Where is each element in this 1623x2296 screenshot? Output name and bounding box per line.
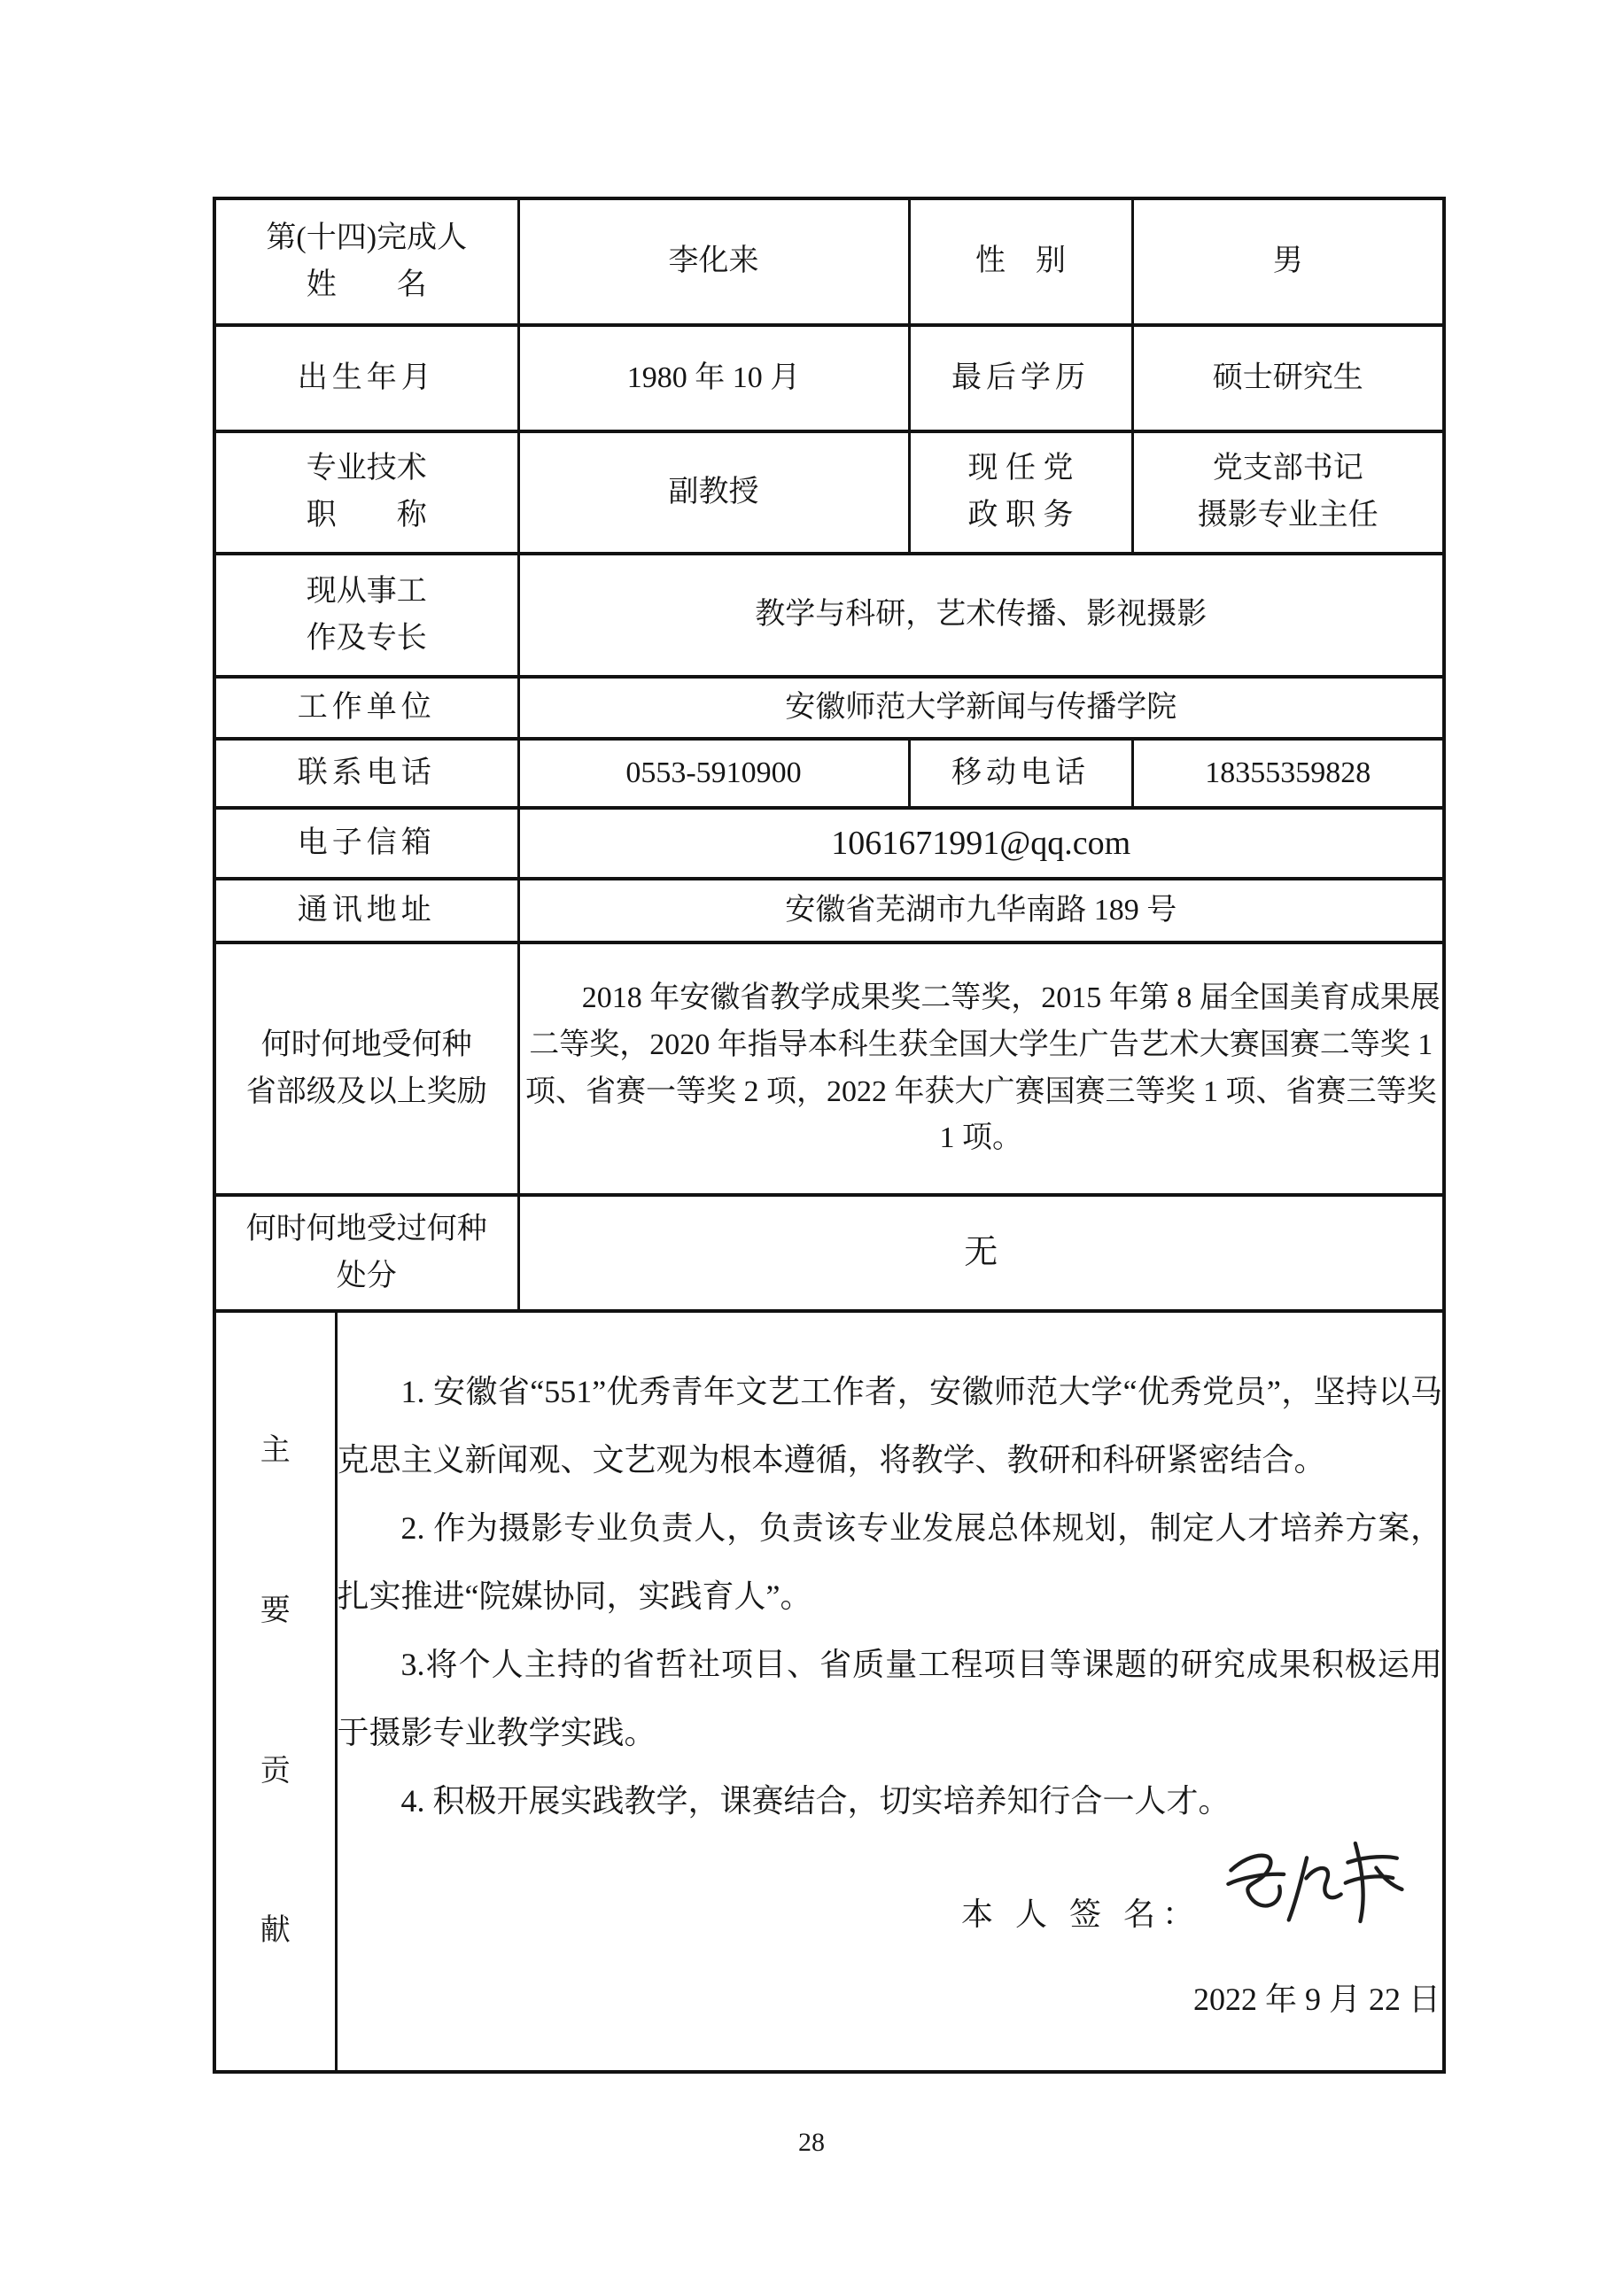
mobile-value: 18355359828 — [1132, 739, 1444, 808]
name-label-cell: 第(十四)完成人 姓 名 — [214, 198, 518, 325]
main-contribution-label-cell: 主 要 贡 献 — [214, 1311, 336, 2072]
email-label: 电子信箱 — [214, 808, 518, 879]
awards-label-cell: 何时何地受何种 省部级及以上奖励 — [214, 942, 518, 1195]
table-row: 第(十四)完成人 姓 名 李化来 性 别 男 — [214, 198, 1444, 325]
contribution-paragraph-4: 4. 积极开展实践教学，课赛结合，切实培养知行合一人才。 — [338, 1767, 1443, 1835]
party-duty-value-line2: 摄影专业主任 — [1134, 493, 1443, 539]
awards-label-line2: 省部级及以上奖励 — [216, 1069, 517, 1116]
address-value: 安徽省芜湖市九华南路 189 号 — [518, 879, 1444, 942]
label-char: 贡 — [260, 1749, 291, 1796]
punishment-label-line1: 何时何地受过何种 — [216, 1206, 517, 1253]
title-label-cell: 专业技术 职 称 — [214, 431, 518, 554]
punishment-label-cell: 何时何地受过何种 处分 — [214, 1195, 518, 1311]
current-work-label-cell: 现从事工 作及专长 — [214, 554, 518, 677]
table-row: 现从事工 作及专长 教学与科研，艺术传播、影视摄影 — [214, 554, 1444, 677]
current-work-value: 教学与科研，艺术传播、影视摄影 — [518, 554, 1444, 677]
table-row: 何时何地受何种 省部级及以上奖励 2018 年安徽省教学成果奖二等奖，2015 … — [214, 942, 1444, 1195]
main-contribution-label: 主 要 贡 献 — [216, 1428, 335, 1955]
table-row: 出生年月 1980 年 10 月 最后学历 硕士研究生 — [214, 325, 1444, 431]
label-char: 主 — [260, 1428, 291, 1475]
birthdate-label: 出生年月 — [214, 325, 518, 431]
punishment-value: 无 — [518, 1195, 1444, 1311]
contribution-paragraph-3: 3.将个人主持的省哲社项目、省质量工程项目等课题的研究成果积极运用于摄影专业教学… — [338, 1631, 1443, 1767]
awards-label-line1: 何时何地受何种 — [216, 1022, 517, 1069]
personnel-info-table: 第(十四)完成人 姓 名 李化来 性 别 男 出生年月 1980 年 10 月 … — [213, 197, 1446, 2074]
employer-label: 工作单位 — [214, 677, 518, 739]
party-duty-label-cell: 现 任 党 政 职 务 — [909, 431, 1132, 554]
contribution-paragraph-1: 1. 安徽省“551”优秀青年文艺工作者，安徽师范大学“优秀党员”，坚持以马克思… — [338, 1358, 1443, 1494]
address-label: 通讯地址 — [214, 879, 518, 942]
signature-date: 2022 年 9 月 22 日 — [338, 1975, 1441, 2025]
party-duty-value-cell: 党支部书记 摄影专业主任 — [1132, 431, 1444, 554]
birthdate-value: 1980 年 10 月 — [518, 325, 909, 431]
punishment-label-line2: 处分 — [216, 1253, 517, 1300]
name-label: 姓 名 — [216, 262, 517, 309]
page-number: 28 — [0, 2128, 1623, 2158]
signature-row: 本 人 签 名： — [338, 1844, 1411, 1952]
document-page: 第(十四)完成人 姓 名 李化来 性 别 男 出生年月 1980 年 10 月 … — [0, 0, 1623, 2296]
education-value: 硕士研究生 — [1132, 325, 1444, 431]
phone-value: 0553-5910900 — [518, 739, 909, 808]
completer-label: 第(十四)完成人 — [216, 215, 517, 262]
title-label-line1: 专业技术 — [216, 446, 517, 493]
party-duty-value-line1: 党支部书记 — [1134, 446, 1443, 493]
party-duty-label-line1: 现 任 党 — [911, 446, 1131, 493]
title-label-line2: 职 称 — [216, 493, 517, 539]
employer-value: 安徽师范大学新闻与传播学院 — [518, 677, 1444, 739]
current-work-label-line2: 作及专长 — [216, 616, 517, 663]
table-row: 联系电话 0553-5910900 移动电话 18355359828 — [214, 739, 1444, 808]
table-row: 专业技术 职 称 副教授 现 任 党 政 职 务 党支部书记 摄影专业主任 — [214, 431, 1444, 554]
signature-label: 本 人 签 名： — [961, 1890, 1201, 1940]
mobile-label: 移动电话 — [909, 739, 1132, 808]
party-duty-label-line2: 政 职 务 — [911, 493, 1131, 539]
name-value: 李化来 — [518, 198, 909, 325]
table-row: 何时何地受过何种 处分 无 — [214, 1195, 1444, 1311]
email-value: 1061671991@qq.com — [518, 808, 1444, 879]
contribution-paragraph-2: 2. 作为摄影专业负责人，负责该专业发展总体规划，制定人才培养方案，扎实推进“院… — [338, 1494, 1443, 1631]
main-contribution-content: 1. 安徽省“551”优秀青年文艺工作者，安徽师范大学“优秀党员”，坚持以马克思… — [336, 1311, 1444, 2072]
gender-value: 男 — [1132, 198, 1444, 325]
phone-label: 联系电话 — [214, 739, 518, 808]
education-label: 最后学历 — [909, 325, 1132, 431]
table-row: 通讯地址 安徽省芜湖市九华南路 189 号 — [214, 879, 1444, 942]
label-char: 献 — [260, 1908, 291, 1955]
awards-value: 2018 年安徽省教学成果奖二等奖，2015 年第 8 届全国美育成果展二等奖，… — [518, 942, 1444, 1195]
table-row: 主 要 贡 献 1. 安徽省“551”优秀青年文艺工作者，安徽师范大学“优秀党员… — [214, 1311, 1444, 2072]
signature-handwriting-icon — [1204, 1824, 1414, 1958]
gender-label: 性 别 — [909, 198, 1132, 325]
current-work-label-line1: 现从事工 — [216, 569, 517, 616]
table-row: 电子信箱 1061671991@qq.com — [214, 808, 1444, 879]
table-row: 工作单位 安徽师范大学新闻与传播学院 — [214, 677, 1444, 739]
title-value: 副教授 — [518, 431, 909, 554]
label-char: 要 — [260, 1588, 291, 1635]
